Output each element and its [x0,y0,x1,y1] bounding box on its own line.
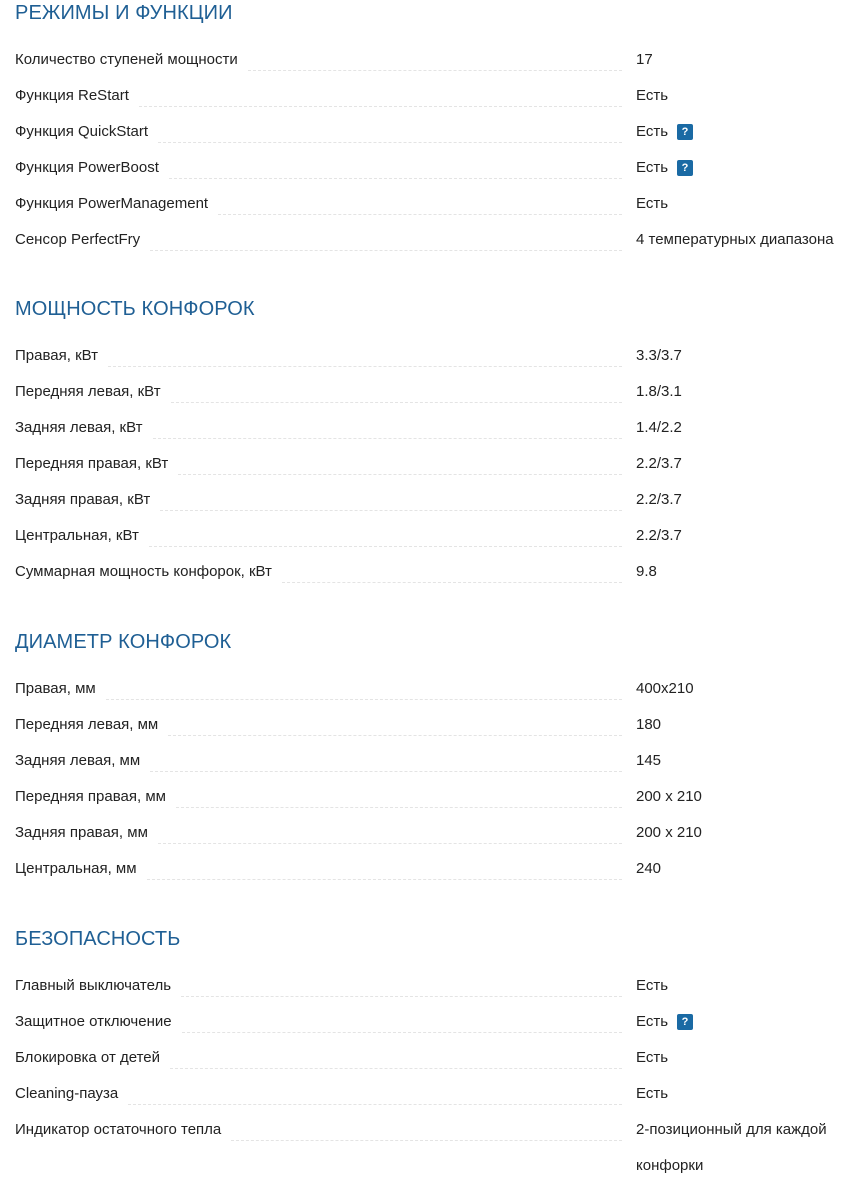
spec-row: Количество ступеней мощности 17 [15,48,846,84]
dotted-leader [181,996,622,997]
spec-label: Cleaning-пауза [15,1082,118,1106]
spec-row: Индикатор остаточного тепла 2-позиционны… [15,1118,846,1190]
spec-label: Индикатор остаточного тепла [15,1118,221,1142]
spec-value: 200 x 210 [636,821,702,845]
spec-row: Задняя правая, кВт 2.2/3.7 [15,488,846,524]
spec-label: Передняя правая, мм [15,785,166,809]
dotted-leader [176,807,622,808]
help-icon[interactable]: ? [677,124,693,140]
spec-value: 240 [636,857,661,881]
help-icon[interactable]: ? [677,160,693,176]
section-burner-diameter: ДИАМЕТР КОНФОРОК Правая, мм 400x210 Пере… [15,629,846,893]
spec-label: Центральная, мм [15,857,137,881]
spec-label: Задняя правая, кВт [15,488,150,512]
spec-value: Есть [636,974,668,998]
spec-value: Есть [636,1046,668,1070]
dotted-leader [147,879,622,880]
section-modes-functions: РЕЖИМЫ И ФУНКЦИИ Количество ступеней мощ… [15,0,846,264]
spec-row: Задняя левая, мм 145 [15,749,846,785]
spec-label: Функция PowerBoost [15,156,159,180]
spec-row: Функция QuickStart Есть? [15,120,846,156]
spec-value: 1.4/2.2 [636,416,682,440]
spec-value: 2-позиционный для каждой конфорки [636,1121,827,1174]
spec-value: 4 температурных диапазона [636,228,834,252]
spec-value: 180 [636,713,661,737]
spec-value: 2.2/3.7 [636,488,682,512]
spec-value: 2.2/3.7 [636,524,682,548]
spec-list: Количество ступеней мощности 17 Функция … [15,48,846,264]
dotted-leader [169,178,622,179]
spec-label: Функция QuickStart [15,120,148,144]
spec-label: Суммарная мощность конфорок, кВт [15,560,272,584]
spec-row: Задняя левая, кВт 1.4/2.2 [15,416,846,452]
spec-row: Функция PowerBoost Есть? [15,156,846,192]
dotted-leader [168,735,622,736]
spec-label: Функция PowerManagement [15,192,208,216]
dotted-leader [106,699,622,700]
dotted-leader [150,771,622,772]
dotted-leader [170,1068,622,1069]
section-title: ДИАМЕТР КОНФОРОК [15,629,846,655]
spec-row: Функция ReStart Есть [15,84,846,120]
spec-label: Передняя левая, мм [15,713,158,737]
spec-label: Правая, кВт [15,344,98,368]
dotted-leader [231,1140,622,1141]
spec-value: Есть [636,1010,668,1034]
dotted-leader [182,1032,622,1033]
dotted-leader [158,142,622,143]
spec-value: Есть [636,120,668,144]
spec-row: Передняя правая, кВт 2.2/3.7 [15,452,846,488]
spec-label: Сенсор PerfectFry [15,228,140,252]
spec-label: Правая, мм [15,677,96,701]
spec-list: Главный выключатель Есть Защитное отключ… [15,974,846,1190]
dotted-leader [171,402,622,403]
dotted-leader [282,582,622,583]
spec-row: Центральная, кВт 2.2/3.7 [15,524,846,560]
spec-label: Главный выключатель [15,974,171,998]
spec-label: Передняя правая, кВт [15,452,168,476]
spec-value: Есть [636,192,668,216]
spec-label: Функция ReStart [15,84,129,108]
dotted-leader [108,366,622,367]
dotted-leader [150,250,622,251]
section-title: МОЩНОСТЬ КОНФОРОК [15,296,846,322]
spec-list: Правая, мм 400x210 Передняя левая, мм 18… [15,677,846,893]
spec-row: Задняя правая, мм 200 x 210 [15,821,846,857]
spec-row: Передняя левая, мм 180 [15,713,846,749]
spec-value: 17 [636,48,653,72]
spec-label: Задняя правая, мм [15,821,148,845]
section-safety: БЕЗОПАСНОСТЬ Главный выключатель Есть За… [15,926,846,1190]
spec-row: Защитное отключение Есть? [15,1010,846,1046]
spec-label: Задняя левая, кВт [15,416,143,440]
spec-value: 400x210 [636,677,694,701]
spec-label: Задняя левая, мм [15,749,140,773]
help-icon[interactable]: ? [677,1014,693,1030]
section-title: БЕЗОПАСНОСТЬ [15,926,846,952]
spec-value: 145 [636,749,661,773]
spec-value: Есть [636,1082,668,1106]
spec-row: Правая, мм 400x210 [15,677,846,713]
dotted-leader [160,510,622,511]
dotted-leader [149,546,622,547]
spec-value: 2.2/3.7 [636,452,682,476]
spec-row: Главный выключатель Есть [15,974,846,1010]
spec-label: Блокировка от детей [15,1046,160,1070]
spec-label: Центральная, кВт [15,524,139,548]
spec-label: Количество ступеней мощности [15,48,238,72]
spec-value: 1.8/3.1 [636,380,682,404]
section-burner-power: МОЩНОСТЬ КОНФОРОК Правая, кВт 3.3/3.7 Пе… [15,296,846,596]
spec-row: Сенсор PerfectFry 4 температурных диапаз… [15,228,846,264]
dotted-leader [158,843,622,844]
spec-row: Блокировка от детей Есть [15,1046,846,1082]
spec-value: Есть [636,84,668,108]
spec-value: 9.8 [636,560,657,584]
spec-row: Передняя правая, мм 200 x 210 [15,785,846,821]
dotted-leader [178,474,622,475]
spec-row: Функция PowerManagement Есть [15,192,846,228]
spec-label: Передняя левая, кВт [15,380,161,404]
spec-row: Центральная, мм 240 [15,857,846,893]
spec-row: Суммарная мощность конфорок, кВт 9.8 [15,560,846,596]
spec-list: Правая, кВт 3.3/3.7 Передняя левая, кВт … [15,344,846,596]
dotted-leader [218,214,622,215]
spec-label: Защитное отключение [15,1010,172,1034]
dotted-leader [248,70,622,71]
dotted-leader [128,1104,622,1105]
section-title: РЕЖИМЫ И ФУНКЦИИ [15,0,846,26]
spec-value: 200 x 210 [636,785,702,809]
spec-row: Передняя левая, кВт 1.8/3.1 [15,380,846,416]
spec-value: 3.3/3.7 [636,344,682,368]
dotted-leader [139,106,622,107]
spec-row: Правая, кВт 3.3/3.7 [15,344,846,380]
spec-value: Есть [636,156,668,180]
dotted-leader [153,438,623,439]
